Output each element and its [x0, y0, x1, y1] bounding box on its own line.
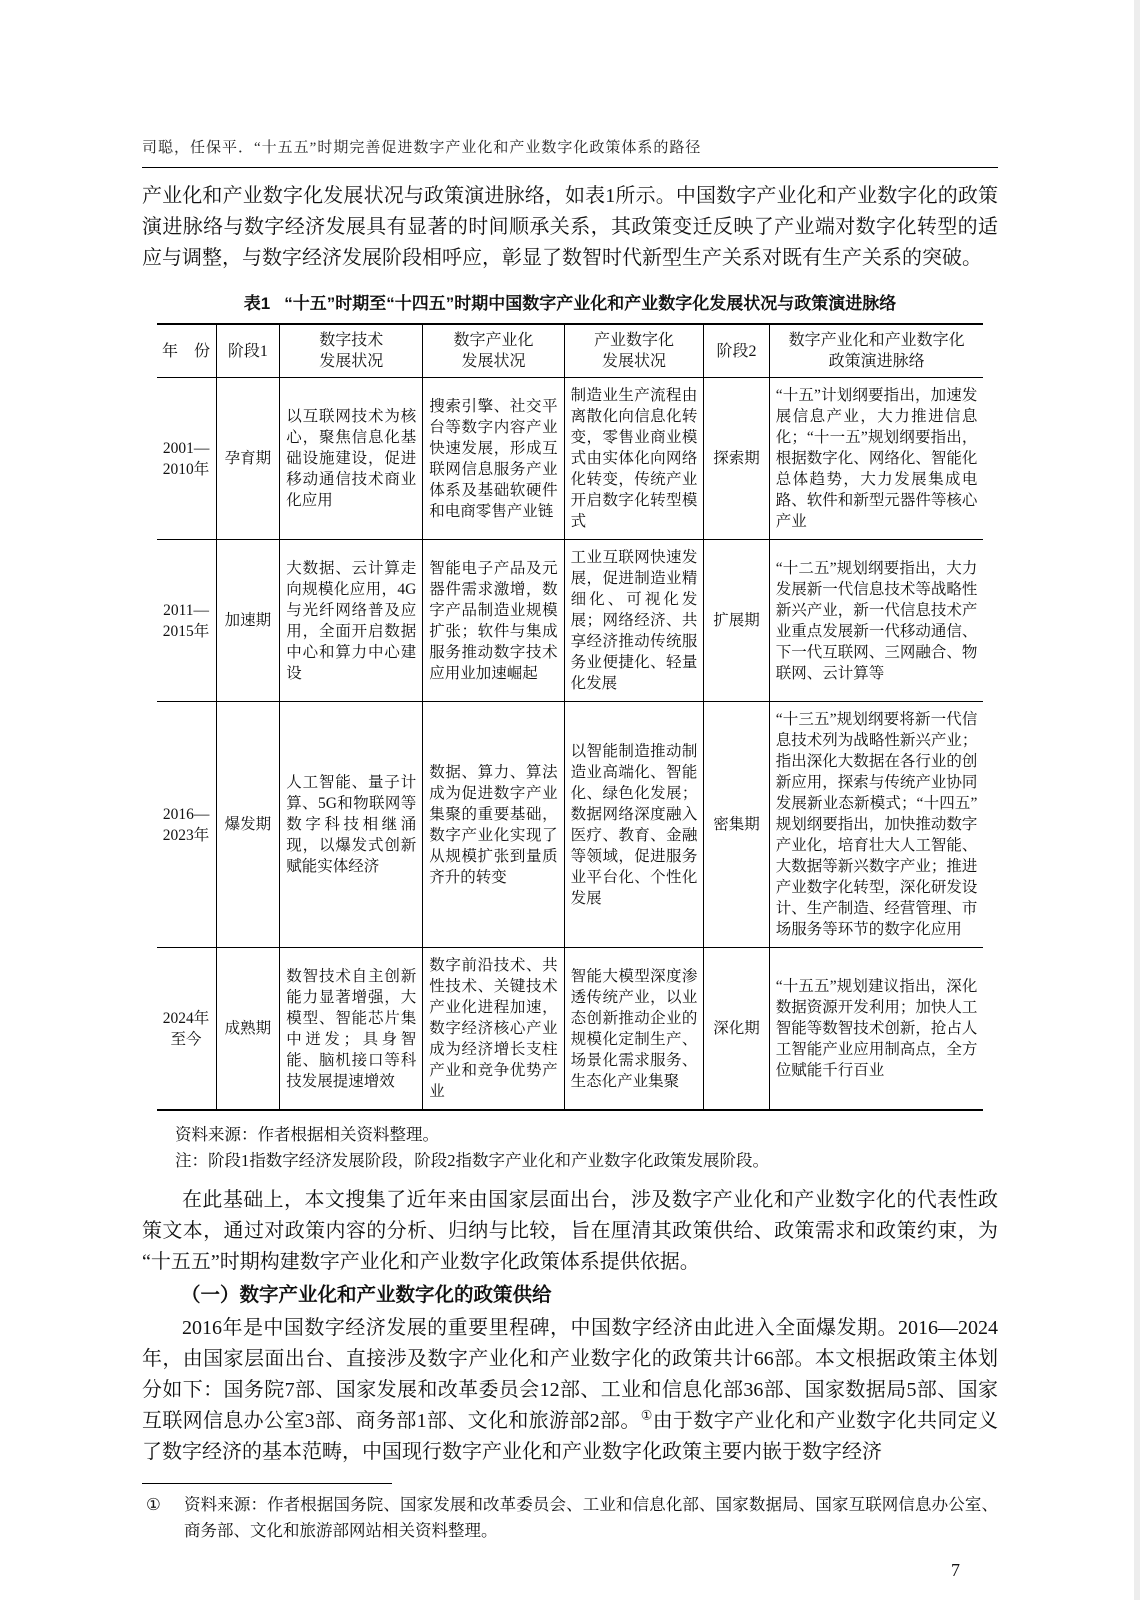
- footnote-marker: ①: [142, 1492, 184, 1544]
- cell-digital-industrialization: 搜索引擎、社交平台等数字内容产业快速发展，形成互联网信息服务产业体系及基础软硬件…: [423, 378, 564, 540]
- cell-industry-digitalization: 智能大模型深度渗透传统产业，以业态创新推动企业的规模化定制生产、场景化需求服务、…: [564, 948, 704, 1111]
- running-head: 司聪，任保平．“十五五”时期完善促进数字产业化和产业数字化政策体系的路径: [142, 138, 998, 158]
- col-header-tech-status: 数字技术 发展状况: [280, 324, 423, 378]
- table-row: 2011— 2015年 加速期 大数据、云计算走向规模化应用，4G与光纤网络普及…: [157, 540, 984, 702]
- cell-year: 2016— 2023年: [157, 702, 217, 948]
- header-rule: [142, 167, 998, 168]
- cell-digital-industrialization: 数字前沿技术、共性技术、关键技术产业化进程加速，数字经济核心产业成为经济增长支柱…: [423, 948, 564, 1111]
- cell-industry-digitalization: 工业互联网快速发展，促进制造业精细化、可视化发展；网络经济、共享经济推动传统服务…: [564, 540, 704, 702]
- table-header-row: 年 份 阶段1 数字技术 发展状况 数字产业化 发展状况 产业数字化 发展状况 …: [157, 324, 984, 378]
- footnote-text: 资料来源：作者根据国务院、国家发展和改革委员会、工业和信息化部、国家数据局、国家…: [184, 1492, 998, 1544]
- intro-paragraph: 产业化和产业数字化发展状况与政策演进脉络，如表1所示。中国数字产业化和产业数字化…: [142, 181, 998, 274]
- cell-tech-status: 数智技术自主创新能力显著增强，大模型、智能芯片集中迸发；具身智能、脑机接口等科技…: [280, 948, 423, 1111]
- cell-year: 2011— 2015年: [157, 540, 217, 702]
- col-header-digital-industrialization: 数字产业化 发展状况: [423, 324, 564, 378]
- table-notes: 资料来源：作者根据相关资料整理。 注：阶段1指数字经济发展阶段，阶段2指数字产业…: [142, 1122, 998, 1174]
- cell-stage1: 加速期: [216, 540, 280, 702]
- table-label: 表1: [244, 294, 270, 313]
- table-row: 2024年 至今 成熟期 数智技术自主创新能力显著增强，大模型、智能芯片集中迸发…: [157, 948, 984, 1111]
- col-header-policy: 数字产业化和产业数字化 政策演进脉络: [769, 324, 983, 378]
- cell-stage1: 成熟期: [216, 948, 280, 1111]
- table-row: 2001— 2010年 孕育期 以互联网技术为核心，聚焦信息化基础设施建设，促进…: [157, 378, 984, 540]
- cell-industry-digitalization: 以智能制造推动制造业高端化、智能化、绿色化发展；数据网络深度融入医疗、教育、金融…: [564, 702, 704, 948]
- cell-year: 2024年 至今: [157, 948, 217, 1111]
- cell-policy: “十五五”规划建议指出，深化数据资源开发利用；加快人工智能等数智技术创新，抢占人…: [769, 948, 983, 1111]
- paragraph-basis: 在此基础上，本文搜集了近年来由国家层面出台，涉及数字产业化和产业数字化的代表性政…: [142, 1185, 998, 1278]
- cell-stage2: 深化期: [704, 948, 769, 1111]
- cell-policy: “十五”计划纲要指出，加速发展信息产业，大力推进信息化；“十一五”规划纲要指出，…: [769, 378, 983, 540]
- table-stage-note: 注：阶段1指数字经济发展阶段，阶段2指数字产业化和产业数字化政策发展阶段。: [142, 1148, 998, 1174]
- cell-digital-industrialization: 数据、算力、算法成为促进数字产业集聚的重要基础，数字产业化实现了从规模扩张到量质…: [423, 702, 564, 948]
- col-header-industry-digitalization: 产业数字化 发展状况: [564, 324, 704, 378]
- cell-tech-status: 以互联网技术为核心，聚焦信息化基础设施建设，促进移动通信技术商业化应用: [280, 378, 423, 540]
- section-heading: （一）数字产业化和产业数字化的政策供给: [142, 1280, 998, 1311]
- cell-policy: “十二五”规划纲要指出，大力发展新一代信息技术等战略性新兴产业，新一代信息技术产…: [769, 540, 983, 702]
- paragraph-policy-supply: 2016年是中国数字经济发展的重要里程碑，中国数字经济由此进入全面爆发期。201…: [142, 1313, 998, 1468]
- cell-stage1: 爆发期: [216, 702, 280, 948]
- cell-industry-digitalization: 制造业生产流程由离散化向信息化转变，零售业商业模式由实体化向网络化转变，传统产业…: [564, 378, 704, 540]
- cell-year: 2001— 2010年: [157, 378, 217, 540]
- policy-evolution-table: 年 份 阶段1 数字技术 发展状况 数字产业化 发展状况 产业数字化 发展状况 …: [157, 323, 984, 1111]
- cell-tech-status: 人工智能、量子计算、5G和物联网等数字科技相继涌现，以爆发式创新赋能实体经济: [280, 702, 423, 948]
- table-row: 2016— 2023年 爆发期 人工智能、量子计算、5G和物联网等数字科技相继涌…: [157, 702, 984, 948]
- cell-stage1: 孕育期: [216, 378, 280, 540]
- table-caption: “十五”时期至“十四五”时期中国数字产业化和产业数字化发展状况与政策演进脉络: [284, 294, 896, 313]
- cell-stage2: 密集期: [704, 702, 769, 948]
- cell-stage2: 探索期: [704, 378, 769, 540]
- scan-edge-shade: [1134, 0, 1140, 1600]
- col-header-year: 年 份: [157, 324, 217, 378]
- cell-stage2: 扩展期: [704, 540, 769, 702]
- footnote-separator: [142, 1483, 392, 1484]
- table-source-note: 资料来源：作者根据相关资料整理。: [142, 1122, 998, 1148]
- footnote: ① 资料来源：作者根据国务院、国家发展和改革委员会、工业和信息化部、国家数据局、…: [142, 1492, 998, 1544]
- col-header-stage1: 阶段1: [216, 324, 280, 378]
- cell-policy: “十三五”规划纲要将新一代信息技术列为战略性新兴产业；指出深化大数据在各行业的创…: [769, 702, 983, 948]
- document-page: 司聪，任保平．“十五五”时期完善促进数字产业化和产业数字化政策体系的路径 产业化…: [0, 0, 1140, 1600]
- page-number: 7: [142, 1560, 998, 1581]
- col-header-stage2: 阶段2: [704, 324, 769, 378]
- footnote-reference-mark: ①: [641, 1407, 653, 1422]
- cell-tech-status: 大数据、云计算走向规模化应用，4G与光纤网络普及应用，全面开启数据中心和算力中心…: [280, 540, 423, 702]
- cell-digital-industrialization: 智能电子产品及元器件需求激增，数字产品制造业规模扩张；软件与集成服务推动数字技术…: [423, 540, 564, 702]
- table-title: 表1“十五”时期至“十四五”时期中国数字产业化和产业数字化发展状况与政策演进脉络: [142, 289, 998, 314]
